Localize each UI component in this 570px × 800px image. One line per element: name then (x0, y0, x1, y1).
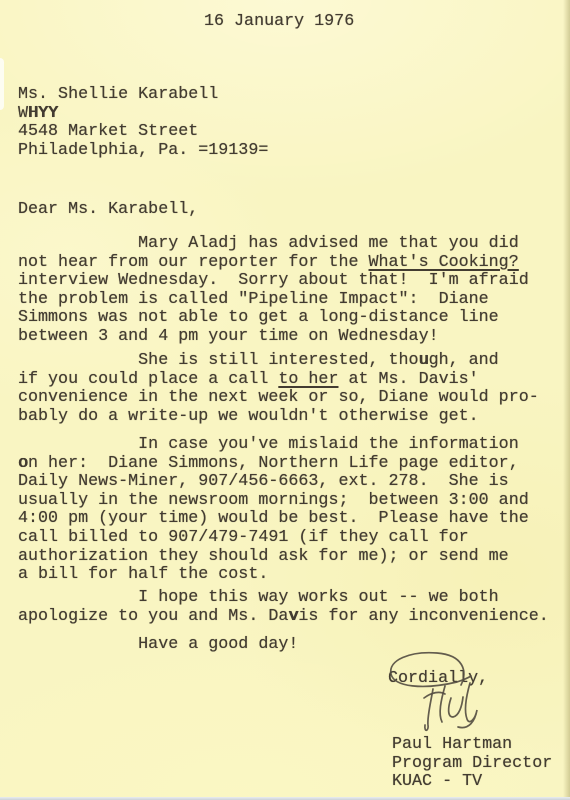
letter-line: Dear Ms. Karabell, (18, 201, 198, 220)
letter-line: interview Wednesday. Sorry about that! I… (18, 272, 529, 291)
text-segment: u (419, 351, 429, 370)
text-segment: interview Wednesday. Sorry about that! I… (18, 271, 529, 290)
letter-line: Philadelphia, Pa. =19139= (18, 142, 268, 161)
text-segment: In case you've mislaid the information (18, 435, 519, 454)
letter-line: 4548 Market Street (18, 123, 268, 142)
letter-page: 16 January 1976 Ms. Shellie KarabellWHYY… (0, 0, 570, 800)
letter-line: apologize to you and Ms. Davis for any i… (18, 608, 549, 627)
letter-line: 4:00 pm (your time) would be best. Pleas… (18, 510, 529, 529)
text-segment: between 3 and 4 pm your time on Wednesda… (18, 327, 439, 346)
text-segment: Philadelphia, Pa. =19139= (18, 141, 268, 160)
text-segment: apologize to you and Ms. Da (18, 607, 288, 626)
paragraph-3: In case you've mislaid the informationon… (18, 436, 529, 585)
letter-line: Daily News-Miner, 907/456-6663, ext. 278… (18, 473, 529, 492)
text-segment: bably do a write-up we wouldn't otherwis… (18, 407, 479, 426)
text-segment: Daily News-Miner, 907/456-6663, ext. 278… (18, 472, 509, 491)
text-segment: W (18, 104, 28, 123)
letter-line: KUAC - TV (392, 773, 552, 792)
letter-line: She is still interested, though, and (18, 352, 539, 371)
scan-edge-right (563, 0, 570, 800)
letter-line: a bill for half the cost. (18, 566, 529, 585)
text-segment: Program Director (392, 754, 552, 773)
letter-line: authorization they should ask for me); o… (18, 548, 529, 567)
text-segment: not hear from our reporter for the (18, 253, 369, 272)
paragraph-1: Mary Aladj has advised me that you didno… (18, 235, 529, 347)
text-segment: to her (278, 370, 338, 389)
text-segment: at Ms. Davis' (338, 370, 478, 389)
text-segment: Have a good day! (18, 635, 298, 654)
scan-edge-notch (0, 58, 4, 110)
letter-line: between 3 and 4 pm your time on Wednesda… (18, 328, 529, 347)
text-segment: call billed to 907/479-7491 (if they cal… (18, 528, 469, 547)
signature-scrawl (365, 645, 515, 745)
letter-line: WHYY (18, 105, 268, 124)
paragraph-4: I hope this way works out -- we bothapol… (18, 589, 549, 626)
letter-line: not hear from our reporter for the What'… (18, 254, 529, 273)
letter-line: Ms. Shellie Karabell (18, 86, 268, 105)
letter-line: usually in the newsroom mornings; betwee… (18, 492, 529, 511)
letter-date: 16 January 1976 (204, 13, 354, 32)
text-segment: Paul Hartman (392, 735, 512, 754)
letter-line: Simmons was not able to get a long-dista… (18, 309, 529, 328)
text-segment: v (288, 607, 298, 626)
letter-line: In case you've mislaid the information (18, 436, 529, 455)
letter-line: bably do a write-up we wouldn't otherwis… (18, 408, 539, 427)
letter-line: Program Director (392, 755, 552, 774)
letter-line: on her: Diane Simmons, Northern Life pag… (18, 455, 529, 474)
text-segment: She is still interested, tho (18, 351, 419, 370)
text-segment: Dear Ms. Karabell, (18, 200, 198, 219)
text-segment: Ms. Shellie Karabell (18, 85, 218, 104)
text-segment: KUAC - TV (392, 772, 482, 791)
letter-line: call billed to 907/479-7491 (if they cal… (18, 529, 529, 548)
text-segment: 4548 Market Street (18, 122, 198, 141)
recipient-address: Ms. Shellie KarabellWHYY4548 Market Stre… (18, 86, 268, 160)
text-segment: n her: Diane Simmons, Northern Life page… (28, 454, 519, 473)
text-segment: 4:00 pm (your time) would be best. Pleas… (18, 509, 529, 528)
text-segment: if you could place a call (18, 370, 278, 389)
text-segment: authorization they should ask for me); o… (18, 547, 509, 566)
text-segment: o (18, 454, 28, 473)
letter-line: Mary Aladj has advised me that you did (18, 235, 529, 254)
text-segment: Simmons was not able to get a long-dista… (18, 308, 499, 327)
closing-line: Have a good day! (18, 636, 298, 655)
text-segment: gh, and (429, 351, 499, 370)
letter-line: convenience in the next week or so, Dian… (18, 389, 539, 408)
letter-line: I hope this way works out -- we both (18, 589, 549, 608)
text-segment: HYY (28, 104, 58, 123)
signature-block: Paul HartmanProgram DirectorKUAC - TV (392, 736, 552, 792)
text-segment: What's Cooking? (369, 253, 519, 272)
text-segment: usually in the newsroom mornings; betwee… (18, 491, 529, 510)
letter-line: Paul Hartman (392, 736, 552, 755)
text-segment: Mary Aladj has advised me that you did (18, 234, 519, 253)
text-segment: I hope this way works out -- we both (18, 588, 499, 607)
letter-line: the problem is called "Pipeline Impact":… (18, 291, 529, 310)
letter-line: Have a good day! (18, 636, 298, 655)
paragraph-2: She is still interested, though, andif y… (18, 352, 539, 426)
text-segment: is for any inconvenience. (298, 607, 548, 626)
text-segment: the problem is called "Pipeline Impact":… (18, 290, 489, 309)
letter-line: if you could place a call to her at Ms. … (18, 371, 539, 390)
text-segment: convenience in the next week or so, Dian… (18, 388, 539, 407)
text-segment: a bill for half the cost. (18, 565, 268, 584)
salutation: Dear Ms. Karabell, (18, 201, 198, 220)
